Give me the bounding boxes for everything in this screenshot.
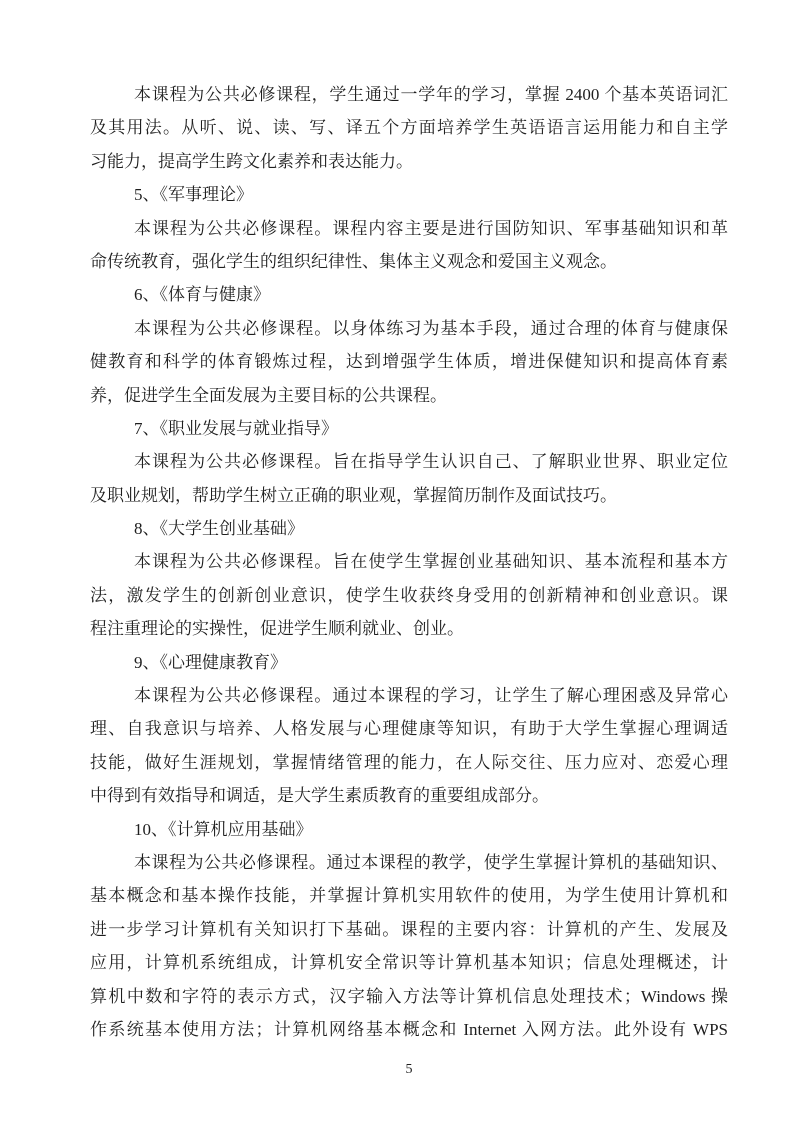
course-heading-line: 9、《心理健康教育》	[90, 646, 728, 679]
text-line: 中得到有效指导和调适，是大学生素质教育的重要组成部分。	[90, 779, 728, 812]
text-line: 健教育和科学的体育锻炼过程，达到增强学生体质，增进保健知识和提高体育素	[90, 345, 728, 378]
text-line: 本课程为公共必修课程。课程内容主要是进行国防知识、军事基础知识和革	[90, 212, 728, 245]
text-line: 程注重理论的实操性，促进学生顺利就业、创业。	[90, 612, 728, 645]
text-line: 本课程为公共必修课程。通过本课程的学习，让学生了解心理困惑及异常心	[90, 679, 728, 712]
text-line: 应用，计算机系统组成，计算机安全常识等计算机基本知识；信息处理概述，计	[90, 946, 728, 979]
text-line: 本课程为公共必修课程。旨在使学生掌握创业基础知识、基本流程和基本方	[90, 545, 728, 578]
text-line: 基本概念和基本操作技能，并掌握计算机实用软件的使用，为学生使用计算机和	[90, 879, 728, 912]
page-number: 5	[406, 1062, 413, 1077]
text-line: 技能，做好生涯规划，掌握情绪管理的能力，在人际交往、压力应对、恋爱心理	[90, 746, 728, 779]
text-line: 法，激发学生的创新创业意识，使学生收获终身受用的创新精神和创业意识。课	[90, 579, 728, 612]
text-line: 本课程为公共必修课程。通过本课程的教学，使学生掌握计算机的基础知识、	[90, 846, 728, 879]
text-line: 理、自我意识与培养、人格发展与心理健康等知识，有助于大学生掌握心理调适	[90, 712, 728, 745]
text-line: 本课程为公共必修课程。旨在指导学生认识自己、了解职业世界、职业定位	[90, 445, 728, 478]
text-line: 养，促进学生全面发展为主要目标的公共课程。	[90, 379, 728, 412]
document-body: 本课程为公共必修课程，学生通过一学年的学习，掌握 2400 个基本英语词汇及其用…	[90, 78, 728, 1046]
text-line: 本课程为公共必修课程。以身体练习为基本手段，通过合理的体育与健康保	[90, 312, 728, 345]
document-page: 本课程为公共必修课程，学生通过一学年的学习，掌握 2400 个基本英语词汇及其用…	[0, 0, 793, 1122]
text-line: 本课程为公共必修课程，学生通过一学年的学习，掌握 2400 个基本英语词汇	[90, 78, 728, 111]
course-heading-line: 8、《大学生创业基础》	[90, 512, 728, 545]
text-line: 算机中数和字符的表示方式，汉字输入方法等计算机信息处理技术；Windows 操	[90, 980, 728, 1013]
text-line: 及职业规划，帮助学生树立正确的职业观，掌握简历制作及面试技巧。	[90, 479, 728, 512]
text-line: 进一步学习计算机有关知识打下基础。课程的主要内容：计算机的产生、发展及	[90, 913, 728, 946]
text-line: 命传统教育，强化学生的组织纪律性、集体主义观念和爱国主义观念。	[90, 245, 728, 278]
course-heading-line: 10、《计算机应用基础》	[90, 813, 728, 846]
text-line: 作系统基本使用方法；计算机网络基本概念和 Internet 入网方法。此外设有 …	[90, 1013, 728, 1046]
course-heading-line: 6、《体育与健康》	[90, 278, 728, 311]
text-line: 及其用法。从听、说、读、写、译五个方面培养学生英语语言运用能力和自主学	[90, 111, 728, 144]
course-heading-line: 5、《军事理论》	[90, 178, 728, 211]
text-line: 习能力，提高学生跨文化素养和表达能力。	[90, 145, 728, 178]
course-heading-line: 7、《职业发展与就业指导》	[90, 412, 728, 445]
page-footer: 5	[90, 1062, 728, 1082]
